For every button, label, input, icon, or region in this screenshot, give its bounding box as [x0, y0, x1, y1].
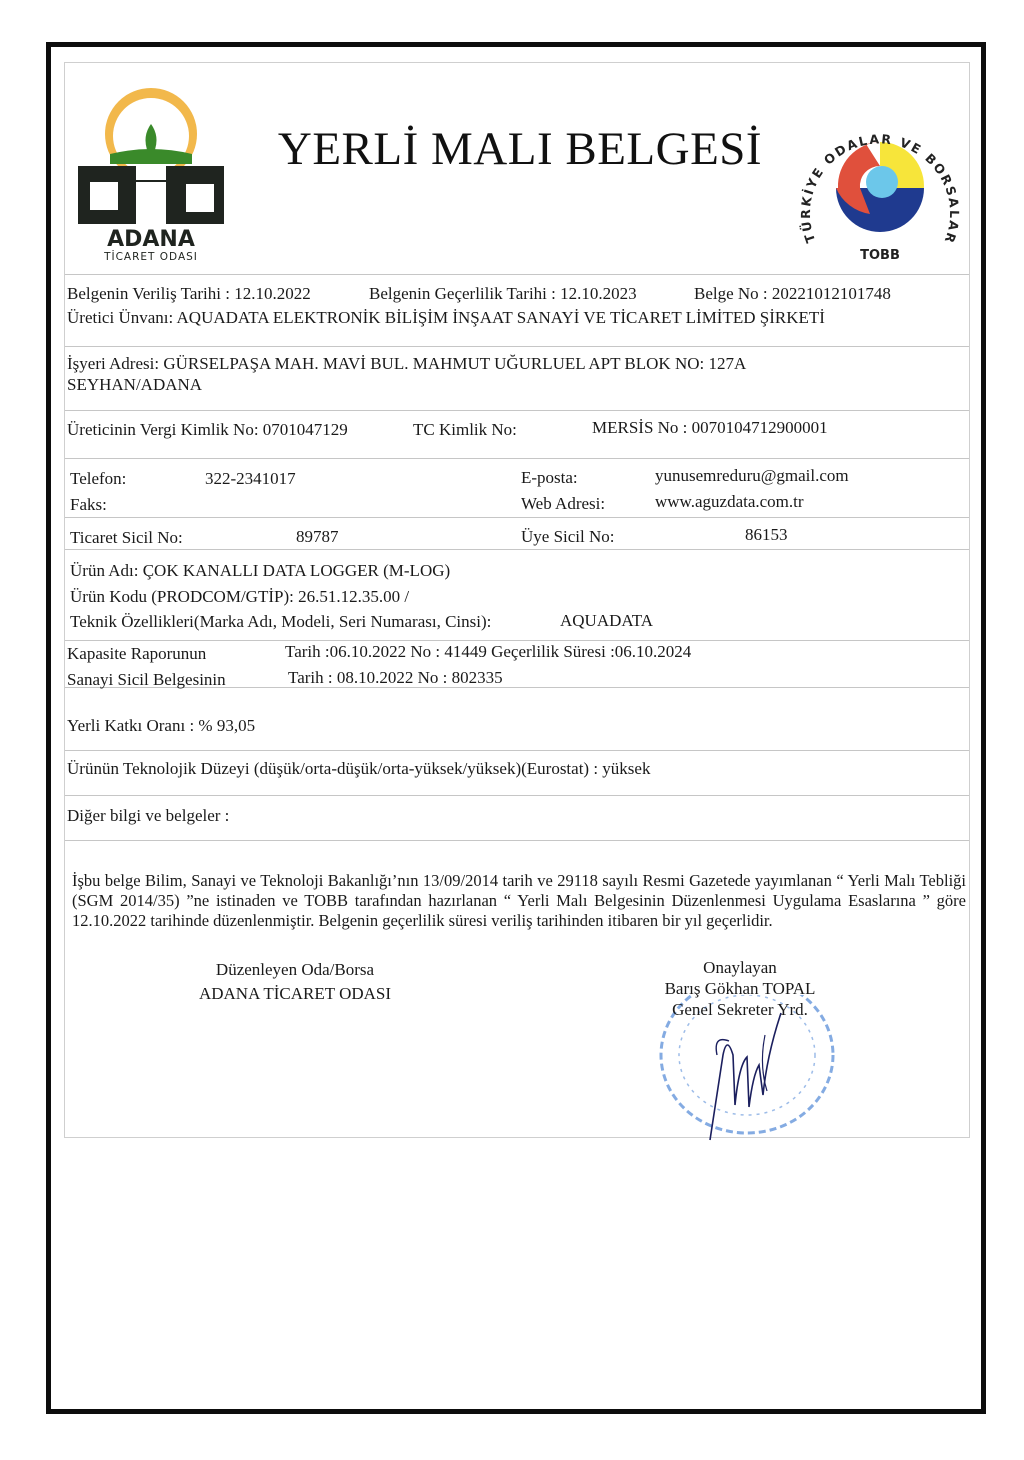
logo-city-text: ADANA	[107, 227, 195, 252]
producer-title: Üretici Ünvanı: AQUADATA ELEKTRONİK BİLİ…	[67, 308, 825, 328]
technology-level: Ürünün Teknolojik Düzeyi (düşük/orta-düş…	[67, 759, 650, 779]
product-code: Ürün Kodu (PRODCOM/GTİP): 26.51.12.35.00…	[70, 587, 409, 607]
trade-registry-label: Ticaret Sicil No:	[70, 528, 183, 548]
issuer-label: Düzenleyen Oda/Borsa	[160, 960, 430, 980]
phone-label: Telefon:	[70, 469, 126, 489]
adana-chamber-logo: ADANA TİCARET ODASI	[74, 84, 228, 264]
producer-tc-id: TC Kimlik No:	[413, 420, 517, 440]
divider	[65, 517, 969, 518]
document-number: Belge No : 20221012101748	[694, 284, 891, 304]
approver-label: Onaylayan	[640, 958, 840, 978]
producer-address-line2: SEYHAN/ADANA	[67, 375, 202, 395]
producer-mersis: MERSİS No : 0070104712900001	[592, 418, 828, 438]
industry-registry-label: Sanayi Sicil Belgesinin	[67, 670, 226, 690]
tobb-emblem-icon: TÜRKİYE ODALAR VE BORSALAR BİRLİĞİ TOBB	[790, 96, 970, 271]
divider	[65, 840, 969, 841]
industry-registry-details: Tarih : 08.10.2022 No : 802335	[288, 668, 503, 688]
divider	[65, 750, 969, 751]
approver-block: Onaylayan Barış Gökhan TOPAL Genel Sekre…	[640, 958, 840, 1020]
product-name: Ürün Adı: ÇOK KANALLI DATA LOGGER (M-LOG…	[70, 561, 450, 581]
product-specs-value: AQUADATA	[560, 611, 653, 631]
email-value: yunusemreduru@gmail.com	[655, 466, 849, 486]
phone-value: 322-2341017	[205, 469, 296, 489]
divider	[65, 458, 969, 459]
legal-statement: İşbu belge Bilim, Sanayi ve Teknoloji Ba…	[72, 871, 966, 931]
validity-date: Belgenin Geçerlilik Tarihi : 12.10.2023	[369, 284, 637, 304]
capacity-report-details: Tarih :06.10.2022 No : 41449 Geçerlilik …	[285, 642, 691, 662]
issue-date: Belgenin Veriliş Tarihi : 12.10.2022	[67, 284, 311, 304]
producer-address-line1: İşyeri Adresi: GÜRSELPAŞA MAH. MAVİ BUL.…	[67, 354, 746, 374]
divider	[65, 795, 969, 796]
divider	[65, 410, 969, 411]
local-content-ratio: Yerli Katkı Oranı : % 93,05	[67, 716, 255, 736]
product-specs-label: Teknik Özellikleri(Marka Adı, Modeli, Se…	[70, 612, 491, 632]
member-registry-value: 86153	[745, 525, 788, 545]
web-label: Web Adresi:	[521, 494, 605, 514]
issuer-name: ADANA TİCARET ODASI	[160, 984, 430, 1004]
divider	[65, 274, 969, 275]
issuer-block: Düzenleyen Oda/Borsa ADANA TİCARET ODASI	[160, 960, 430, 1004]
approver-name: Barış Gökhan TOPAL	[640, 979, 840, 999]
tobb-abbr-text: TOBB	[860, 248, 900, 263]
email-label: E-posta:	[521, 468, 578, 488]
producer-tax-id: Üreticinin Vergi Kimlik No: 0701047129	[67, 420, 348, 440]
fax-label: Faks:	[70, 495, 107, 515]
tobb-logo: TÜRKİYE ODALAR VE BORSALAR BİRLİĞİ TOBB	[790, 96, 970, 271]
approver-title: Genel Sekreter Yrd.	[640, 1000, 840, 1020]
divider	[65, 346, 969, 347]
document-title: YERLİ MALI BELGESİ	[260, 122, 780, 176]
web-value: www.aguzdata.com.tr	[655, 492, 804, 512]
capacity-report-label: Kapasite Raporunun	[67, 644, 206, 664]
logo-subtitle-text: TİCARET ODASI	[103, 250, 198, 263]
divider	[65, 640, 969, 641]
member-registry-label: Üye Sicil No:	[521, 527, 615, 547]
other-documents: Diğer bilgi ve belgeler :	[67, 806, 229, 826]
divider	[65, 549, 969, 550]
cotton-logo-icon: ADANA TİCARET ODASI	[74, 84, 228, 264]
trade-registry-value: 89787	[296, 527, 339, 547]
